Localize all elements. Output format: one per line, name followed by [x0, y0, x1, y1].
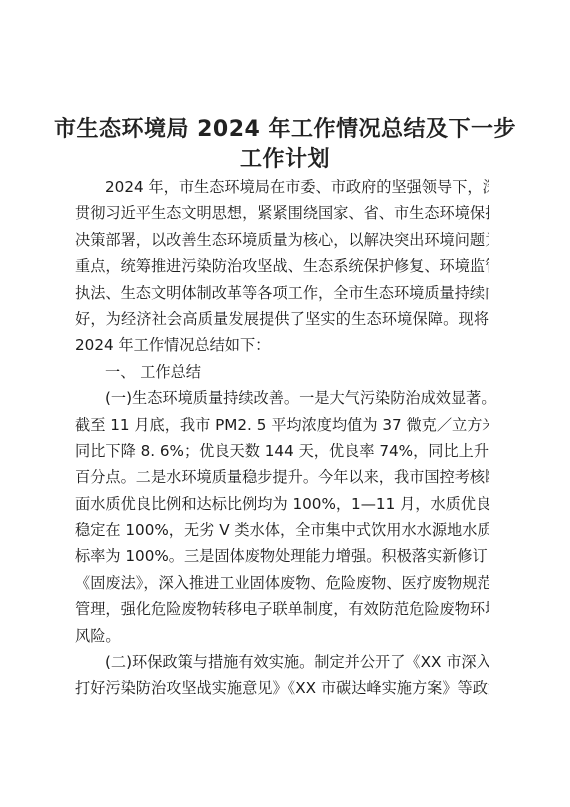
- paragraph-1-line: 同比下降 8. 6%；优良天数 144 天，优良率 74%，同比上升 2. 1: [75, 438, 489, 464]
- paragraph-1-line: 截至 11 月底，我市 PM2. 5 平均浓度均值为 37 微克／立方米，: [75, 412, 489, 438]
- paragraph-intro-line: 贯彻习近平生态文明思想，紧紧围绕国家、省、市生态环境保护: [75, 200, 489, 226]
- paragraph-intro-line: 重点，统筹推进污染防治攻坚战、生态系统保护修复、环境监管: [75, 253, 489, 279]
- document-body: 2024 年，市生态环境局在市委、市政府的坚强领导下，深入 贯彻习近平生态文明思…: [75, 174, 489, 702]
- paragraph-2-line: 打好污染防治攻坚战实施意见》《XX 市碳达峰实施方案》等政策: [75, 675, 489, 701]
- paragraph-intro-line: 好，为经济社会高质量发展提供了坚实的生态环境保障。现将: [75, 306, 489, 332]
- paragraph-1-line: 面水质优良比例和达标比例均为 100%，1—11 月，水质优良率: [75, 491, 489, 517]
- paragraph-intro-line: 执法、生态文明体制改革等各项工作，全市生态环境质量持续向: [75, 280, 489, 306]
- paragraph-intro-line: 2024 年，市生态环境局在市委、市政府的坚强领导下，深入: [75, 174, 489, 200]
- paragraph-intro-line: 2024 年工作情况总结如下：: [75, 332, 489, 358]
- paragraph-1-line: 标率为 100%。三是固体废物处理能力增强。积极落实新修订的: [75, 543, 489, 569]
- paragraph-1-line: 百分点。二是水环境质量稳步提升。今年以来，我市国控考核断: [75, 464, 489, 490]
- paragraph-1-line: 管理，强化危险废物转移电子联单制度，有效防范危险废物环境: [75, 596, 489, 622]
- document-title-line-1: 市生态环境局 2024 年工作情况总结及下一步: [40, 112, 530, 143]
- paragraph-intro-line: 决策部署，以改善生态环境质量为核心，以解决突出环境问题为: [75, 227, 489, 253]
- document-title-line-2: 工作计划: [40, 142, 530, 173]
- paragraph-1-line: 《固废法》，深入推进工业固体废物、危险废物、医疗废物规范化: [75, 570, 489, 596]
- paragraph-2-line: (二)环保政策与措施有效实施。制定并公开了《XX 市深入: [75, 649, 489, 675]
- section-heading: 一、 工作总结: [75, 359, 489, 385]
- paragraph-1-line: 风险。: [75, 623, 489, 649]
- paragraph-1-line: (一)生态环境质量持续改善。一是大气污染防治成效显著。: [75, 385, 489, 411]
- document-page: 市生态环境局 2024 年工作情况总结及下一步 工作计划 2024 年，市生态环…: [0, 0, 570, 807]
- paragraph-1-line: 稳定在 100%，无劣 V 类水体，全市集中式饮用水水源地水质达: [75, 517, 489, 543]
